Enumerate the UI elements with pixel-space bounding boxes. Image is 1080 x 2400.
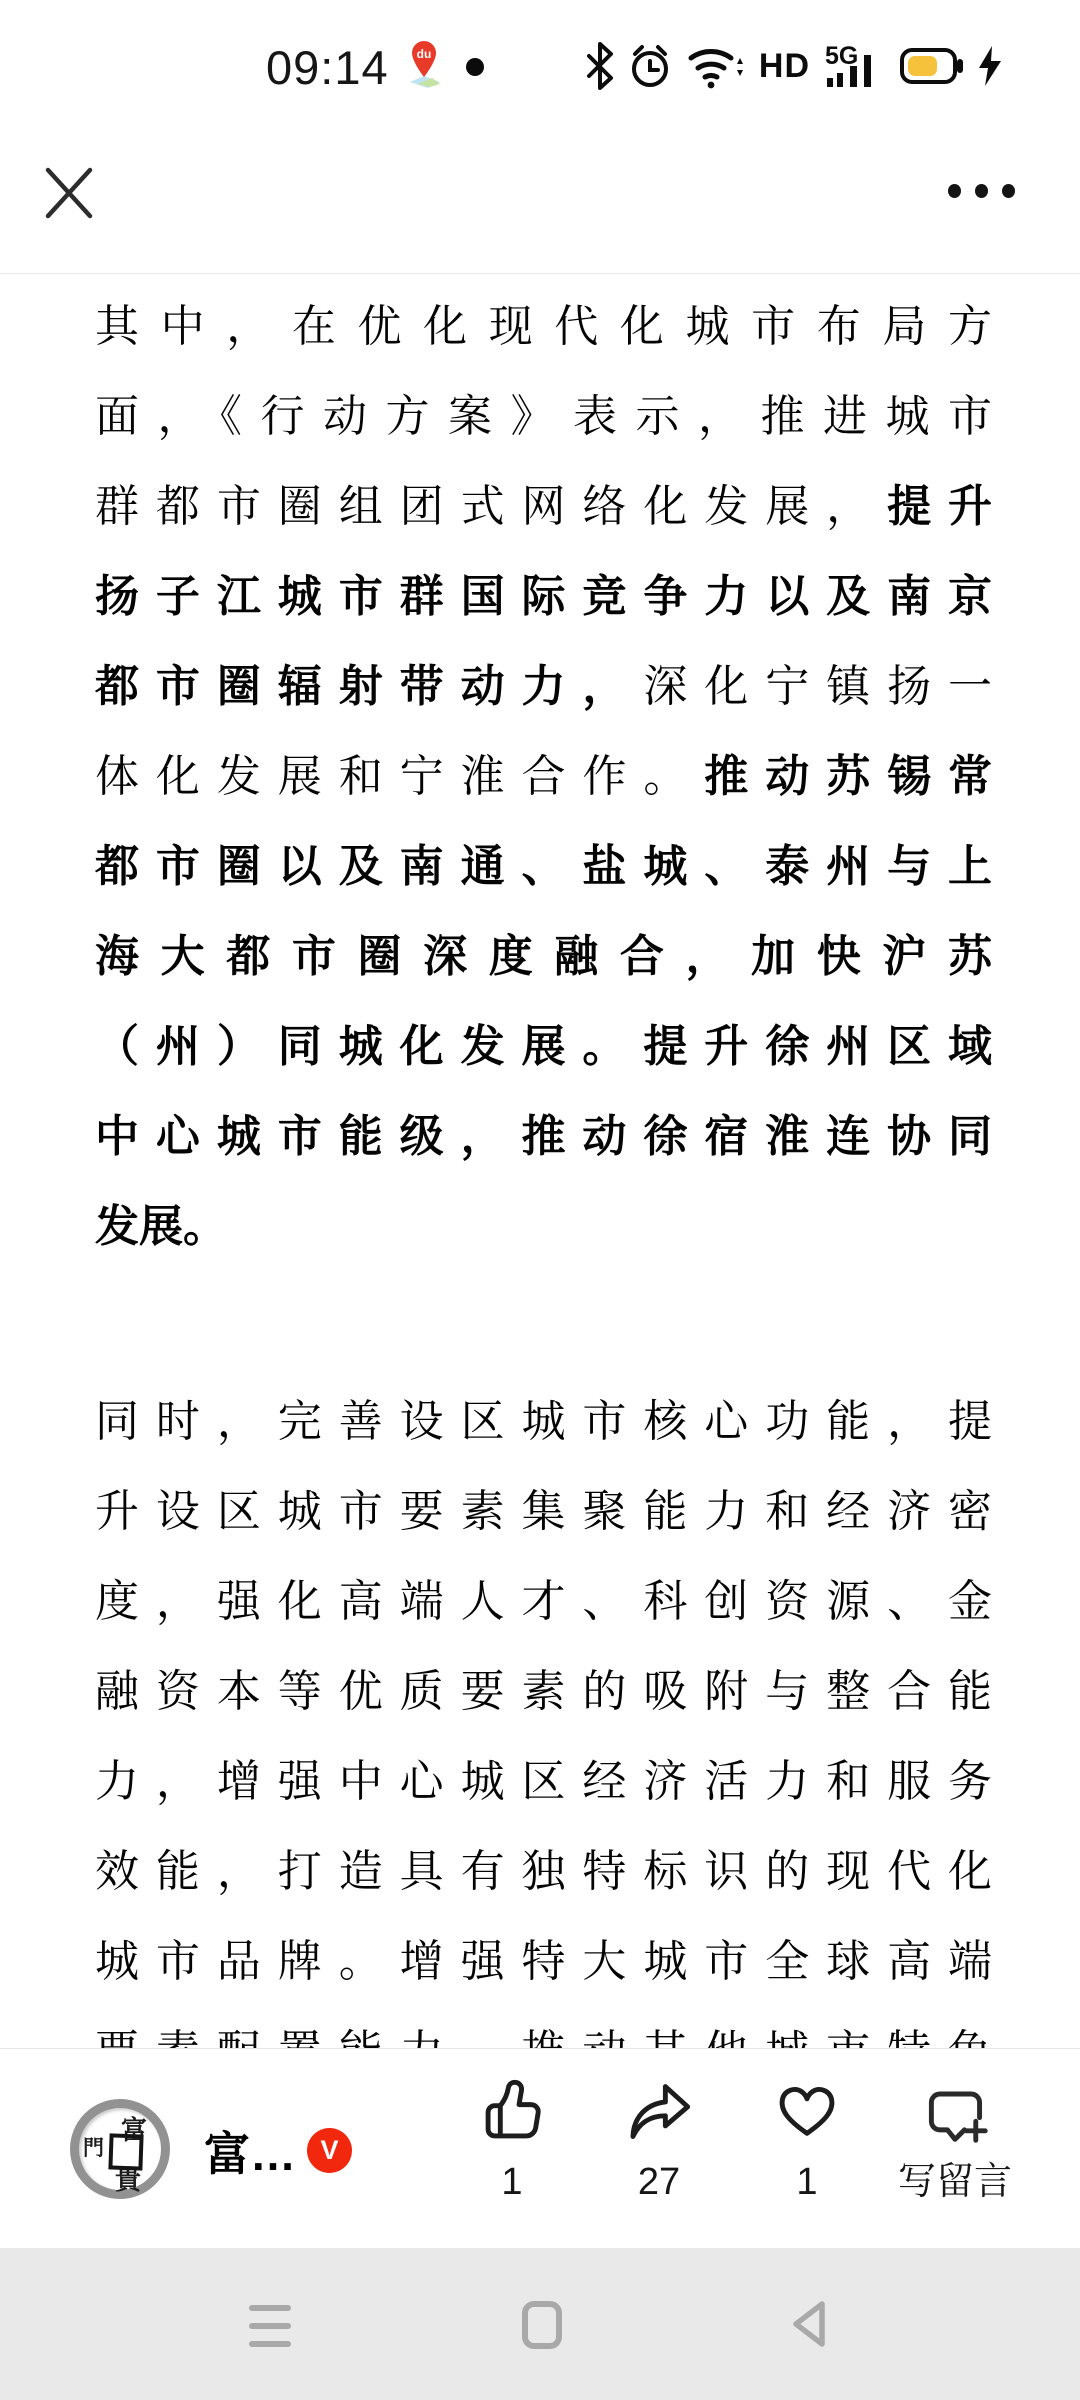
article-line: （州）同城化发展。提升徐州区域 xyxy=(95,1002,992,1092)
verified-badge: V xyxy=(307,2128,352,2173)
back-icon[interactable] xyxy=(788,2299,832,2349)
system-navbar xyxy=(0,2248,1080,2400)
article-line: 面，《行动方案》表示，推进城市 xyxy=(95,372,992,462)
signal-5g-icon: 5G xyxy=(824,42,886,90)
charging-bolt-icon xyxy=(978,45,1002,87)
heart-icon xyxy=(773,2078,841,2144)
home-icon[interactable] xyxy=(522,2301,562,2349)
share-arrow-icon xyxy=(625,2078,693,2144)
avatar-char: 門 xyxy=(83,2132,104,2162)
avatar[interactable]: 富 門 貴 xyxy=(70,2099,170,2199)
notification-dot-icon xyxy=(466,58,484,76)
more-menu-icon[interactable] xyxy=(948,184,1015,198)
recent-apps-icon[interactable] xyxy=(249,2305,291,2347)
article-line: 融资本等优质要素的吸附与整合能 xyxy=(95,1647,992,1737)
clock-time: 09:14 xyxy=(266,40,389,95)
comment-plus-icon xyxy=(921,2078,989,2144)
wifi-icon xyxy=(687,42,745,90)
article-line: 都市圈以及南通、盐城、泰州与上 xyxy=(95,822,992,912)
alarm-clock-icon xyxy=(627,42,673,90)
share-button[interactable]: 27 xyxy=(584,2078,734,2202)
article-line: 群都市圈组团式网络化发展，提升 xyxy=(95,462,992,552)
article-line: 城市品牌。增强特大城市全球高端 xyxy=(95,1917,992,2007)
comment-label: 写留言 xyxy=(880,2162,1030,2202)
article-line: 度，强化高端人才、科创资源、金 xyxy=(95,1557,992,1647)
article-line: 海大都市圈深度融合，加快沪苏 xyxy=(95,912,992,1002)
article-line: 其中，在优化现代化城市布局方 xyxy=(95,282,992,372)
article-line: 要素配置能力，推动其他城市特色 xyxy=(95,2007,992,2048)
article-scroll-area[interactable]: 其中，在优化现代化城市布局方面，《行动方案》表示，推进城市群都市圈组团式网络化发… xyxy=(0,273,1080,2048)
like-count: 1 xyxy=(437,2162,587,2202)
thumbs-up-icon xyxy=(478,2078,546,2144)
baidu-map-pin-icon: du xyxy=(404,40,444,90)
like-button[interactable]: 1 xyxy=(437,2078,587,2202)
article-paragraph: 其中，在优化现代化城市布局方面，《行动方案》表示，推进城市群都市圈组团式网络化发… xyxy=(95,282,992,1272)
article-line: 力，增强中心城区经济活力和服务 xyxy=(95,1737,992,1827)
article-line: 都市圈辐射带动力，深化宁镇扬一 xyxy=(95,642,992,732)
svg-text:du: du xyxy=(417,47,432,61)
hd-voice-icon: HD xyxy=(759,47,810,86)
article-line: 中心城市能级，推动徐宿淮连协同 xyxy=(95,1092,992,1182)
account-name[interactable]: 富… xyxy=(204,2118,296,2184)
article-line: 升设区城市要素集聚能力和经济密 xyxy=(95,1467,992,1557)
bluetooth-icon xyxy=(587,42,613,90)
article-line: 体化发展和宁淮合作。推动苏锡常 xyxy=(95,732,992,822)
battery-icon xyxy=(900,45,964,87)
svg-text:5G: 5G xyxy=(825,42,858,70)
share-count: 27 xyxy=(584,2162,734,2202)
status-bar: 09:14 du HD 5G xyxy=(0,0,1080,110)
close-icon[interactable] xyxy=(44,166,94,220)
article-body: 其中，在优化现代化城市布局方面，《行动方案》表示，推进城市群都市圈组团式网络化发… xyxy=(0,274,1080,2048)
favorite-count: 1 xyxy=(732,2162,882,2202)
coin-hole xyxy=(108,2133,143,2170)
article-line: 扬子江城市群国际竞争力以及南京 xyxy=(95,552,992,642)
article-line: 发展。 xyxy=(95,1182,992,1272)
status-icons: HD 5G xyxy=(587,42,1002,90)
comment-button[interactable]: 写留言 xyxy=(880,2078,1030,2202)
article-paragraph: 同时，完善设区城市核心功能，提升设区城市要素集聚能力和经济密度，强化高端人才、科… xyxy=(95,1377,992,2048)
article-line: 同时，完善设区城市核心功能，提 xyxy=(95,1377,992,1467)
favorite-button[interactable]: 1 xyxy=(732,2078,882,2202)
article-line: 效能，打造具有独特标识的现代化 xyxy=(95,1827,992,1917)
